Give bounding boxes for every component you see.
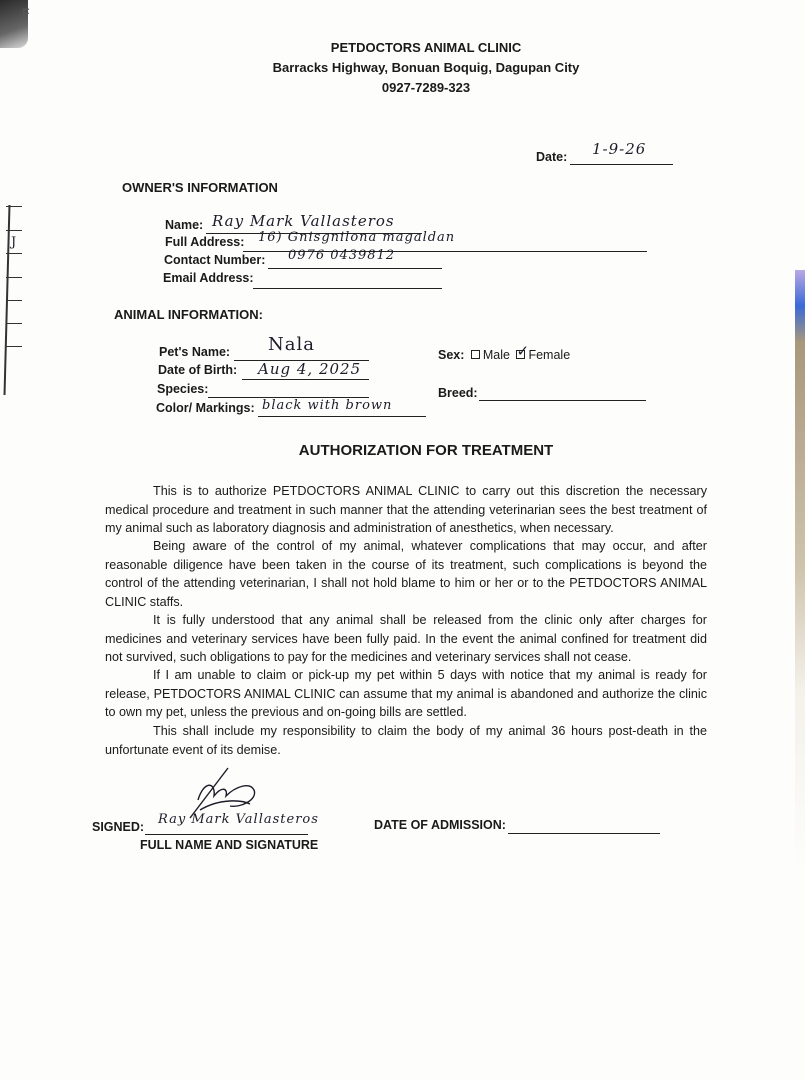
contact-line [268, 268, 442, 269]
corner-note: F [22, 6, 29, 20]
ruler-tick [6, 323, 22, 324]
signed-line [145, 834, 308, 835]
contact-label: Contact Number: [164, 253, 265, 267]
signed-field[interactable]: Ray Mark Vallasteros [158, 812, 319, 827]
dob-line [242, 379, 369, 380]
breed-line [479, 400, 646, 401]
date-field[interactable]: 1-9-26 [592, 140, 646, 158]
contact-field[interactable]: 0976 0439812 [288, 248, 395, 263]
address-field[interactable]: 16) Gnisgnilona magaldan [258, 230, 455, 245]
animal-heading: ANIMAL INFORMATION: [114, 307, 263, 322]
auth-paragraph-1: This is to authorize PETDOCTORS ANIMAL C… [105, 482, 707, 538]
ruler-letter: J [11, 235, 17, 250]
check-mark-icon: ✓ [516, 342, 529, 360]
male-checkbox[interactable] [471, 350, 480, 359]
signature-caption: FULL NAME AND SIGNATURE [140, 838, 318, 852]
address-label: Full Address: [165, 235, 244, 249]
female-label: Female [528, 348, 570, 362]
breed-label: Breed: [438, 386, 478, 400]
auth-paragraph-5: This shall include my responsibility to … [105, 722, 707, 759]
species-label: Species: [157, 382, 208, 396]
name-label: Name: [165, 218, 203, 232]
page-edge-shadow [795, 270, 805, 870]
ruler-tick [6, 300, 22, 301]
color-line [258, 416, 426, 417]
ruler-tick [6, 346, 22, 347]
ruler-tick [6, 230, 22, 231]
clinic-address: Barracks Highway, Bonuan Boquig, Dagupan… [0, 58, 805, 78]
date-label: Date: [536, 150, 567, 164]
sex-label: Sex: [438, 348, 464, 362]
dob-field[interactable]: Aug 4, 2025 [258, 360, 361, 378]
ruler-tick [6, 253, 22, 254]
email-label: Email Address: [163, 271, 254, 285]
color-label: Color/ Markings: [156, 401, 255, 415]
name-field[interactable]: Ray Mark Vallasteros [212, 212, 395, 230]
pet-name-label: Pet's Name: [159, 345, 230, 359]
owner-heading: OWNER'S INFORMATION [122, 180, 278, 195]
signed-label: SIGNED: [92, 820, 144, 834]
admission-label: DATE OF ADMISSION: [374, 818, 506, 832]
dob-label: Date of Birth: [158, 363, 237, 377]
ruler-tick [6, 206, 22, 207]
auth-paragraph-3: It is fully understood that any animal s… [105, 611, 707, 667]
color-field[interactable]: black with brown [262, 398, 392, 413]
sex-group: Sex: Male ✓Female [438, 348, 570, 362]
clinic-name: PETDOCTORS ANIMAL CLINIC [0, 38, 805, 58]
ruler-tick [6, 277, 22, 278]
auth-paragraph-2: Being aware of the control of my animal,… [105, 537, 707, 611]
female-checkbox[interactable]: ✓ [516, 350, 525, 359]
clinic-phone: 0927-7289-323 [0, 78, 805, 98]
date-line [570, 164, 673, 165]
email-line [253, 288, 442, 289]
male-label: Male [483, 348, 510, 362]
authorization-title: AUTHORIZATION FOR TREATMENT [0, 442, 805, 459]
auth-paragraph-4: If I am unable to claim or pick-up my pe… [105, 666, 707, 722]
admission-line [508, 833, 660, 834]
pet-name-field[interactable]: Nala [268, 334, 315, 355]
